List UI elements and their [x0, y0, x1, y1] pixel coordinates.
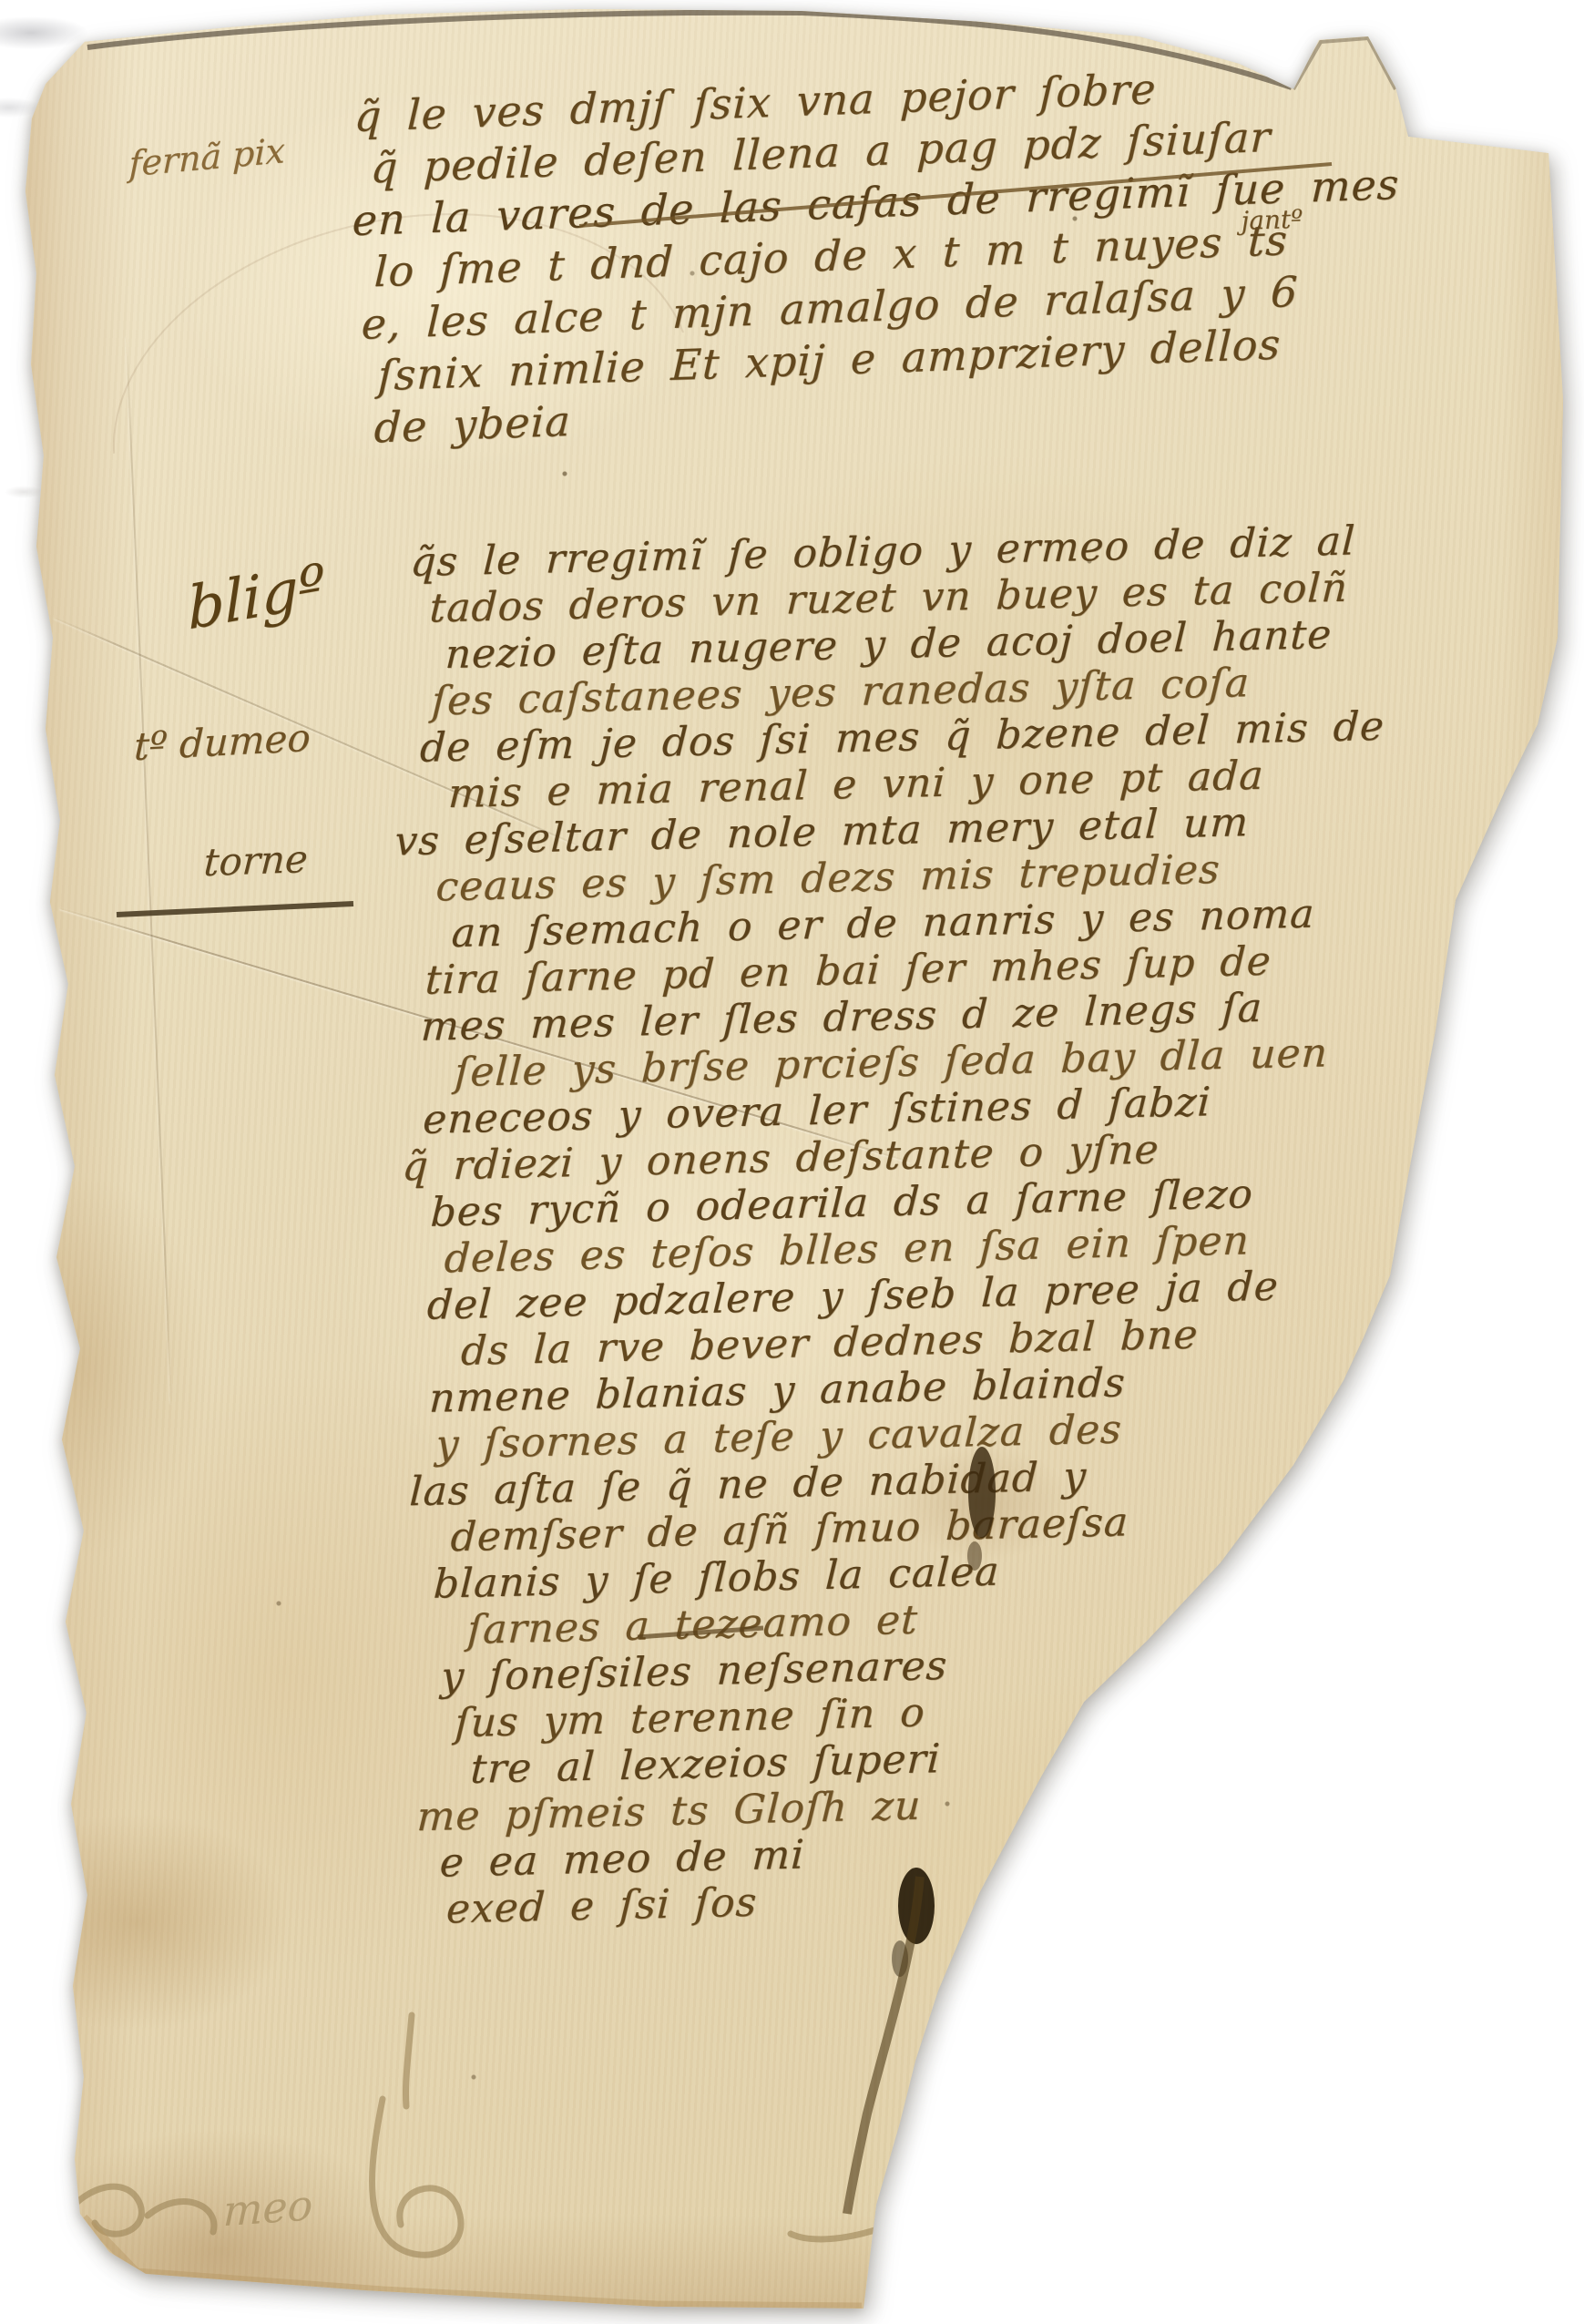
- margin-note-fernan-pix: fernã pix: [128, 130, 285, 184]
- body-paragraph: q̃s le rregimĩ ſe obligo y ermeo de diz …: [410, 517, 1412, 1933]
- margin-note-obligacion: bligº: [187, 551, 326, 643]
- margin-dash: [117, 904, 353, 915]
- crease-line: [126, 337, 172, 1404]
- scanned-document-background: fernã pix bligº tº dumeo torne jantº meo…: [0, 0, 1584, 2324]
- opening-paragraph: q̃ le ves dmjſ ſsix vna pejor ſobreq̃ pe…: [353, 55, 1407, 455]
- signature-flourish: [64, 2186, 214, 2234]
- margin-note-dumeo: tº dumeo: [133, 715, 311, 769]
- bottom-edge-stain: [84, 2217, 862, 2307]
- manuscript-paper: fernã pix bligº tº dumeo torne jantº meo…: [0, 0, 1584, 2324]
- ink-smear-streak: [847, 1877, 920, 2214]
- margin-note-torne: torne: [202, 836, 309, 885]
- ink-blob-small: [892, 1940, 908, 1977]
- signature-flourish: [373, 2015, 461, 2255]
- signature-flourish: [791, 2114, 1173, 2239]
- paper-shadow-wrap: fernã pix bligº tº dumeo torne jantº meo…: [0, 0, 1584, 2324]
- bottom-faint-word: meo: [222, 2180, 313, 2236]
